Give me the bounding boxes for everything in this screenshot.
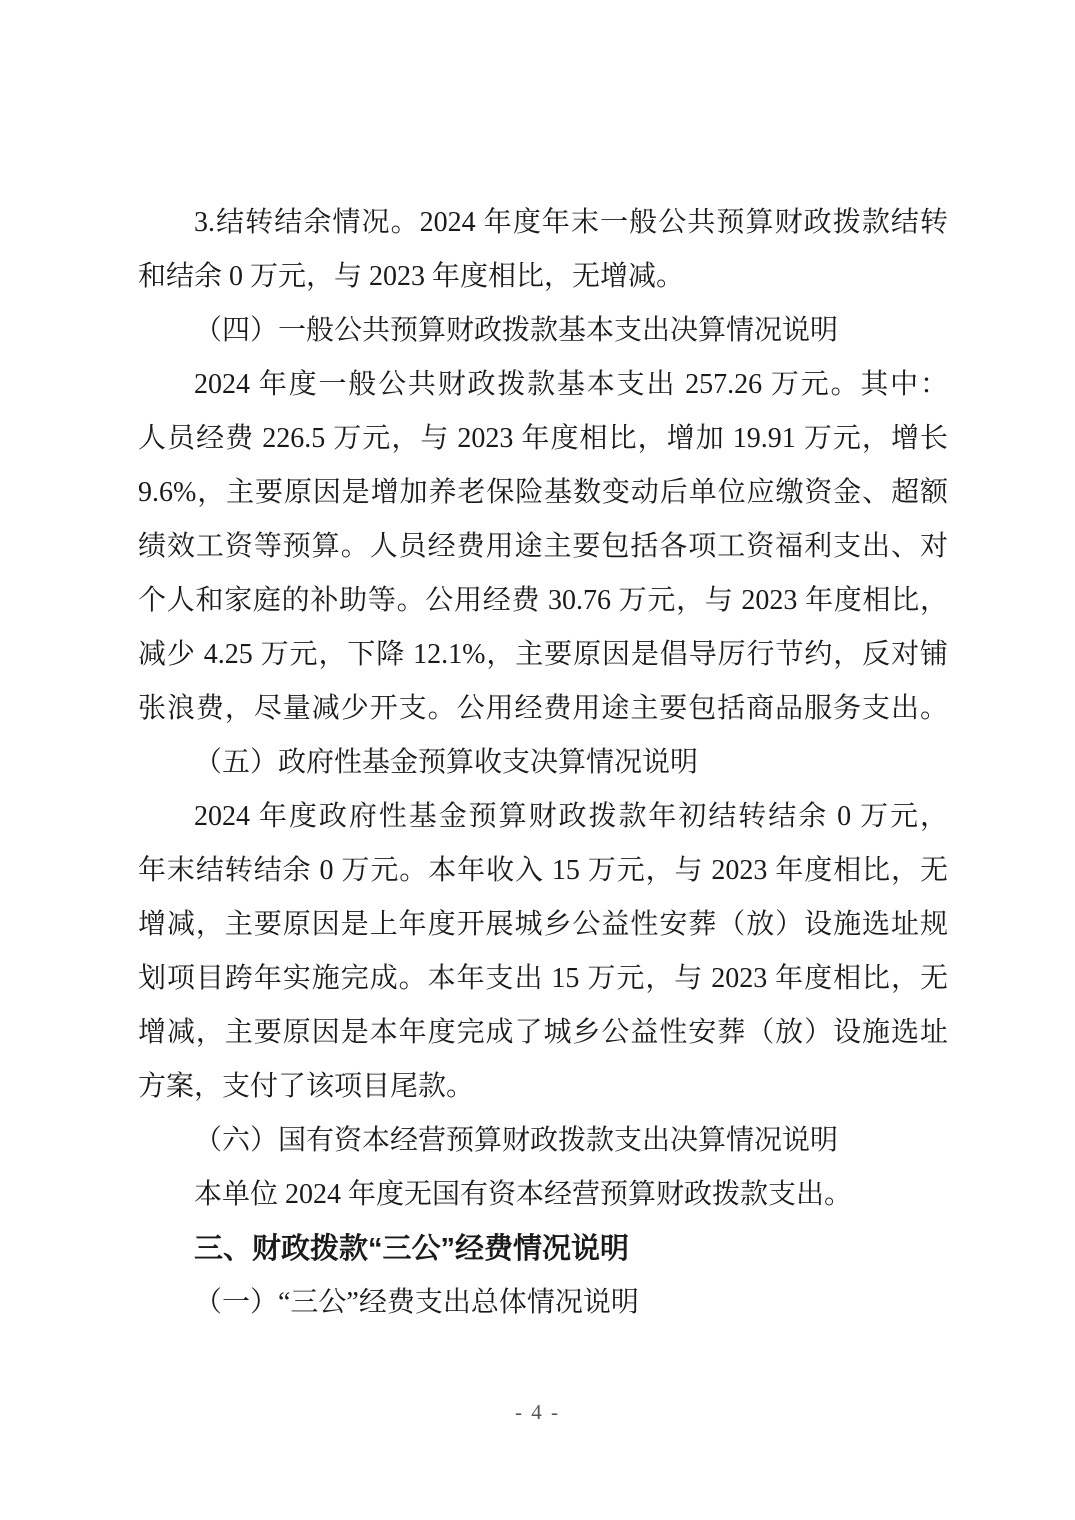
body-line: 9.6%，主要原因是增加养老保险基数变动后单位应缴资金、超额 — [138, 466, 948, 520]
body-line: 本单位 2024 年度无国有资本经营预算财政拨款支出。 — [138, 1168, 948, 1222]
heading-section-5: （五）政府性基金预算收支决算情况说明 — [138, 736, 948, 790]
body-line: 年末结转结余 0 万元。本年收入 15 万元，与 2023 年度相比，无 — [138, 844, 948, 898]
body-line: 人员经费 226.5 万元，与 2023 年度相比，增加 19.91 万元，增长 — [138, 412, 948, 466]
body-line: 张浪费，尽量减少开支。公用经费用途主要包括商品服务支出。 — [138, 682, 948, 736]
page-number: - 4 - — [0, 1400, 1075, 1425]
body-line: 方案，支付了该项目尾款。 — [138, 1060, 948, 1114]
body-line: 2024 年度政府性基金预算财政拨款年初结转结余 0 万元， — [138, 790, 948, 844]
body-line: 增减，主要原因是上年度开展城乡公益性安葬（放）设施选址规 — [138, 898, 948, 952]
heading-section-6: （六）国有资本经营预算财政拨款支出决算情况说明 — [138, 1114, 948, 1168]
heading-part-3: 三、财政拨款“三公”经费情况说明 — [138, 1222, 948, 1276]
body-line: 增减，主要原因是本年度完成了城乡公益性安葬（放）设施选址 — [138, 1006, 948, 1060]
body-line: 2024 年度一般公共财政拨款基本支出 257.26 万元。其中： — [138, 358, 948, 412]
body-line: 划项目跨年实施完成。本年支出 15 万元，与 2023 年度相比，无 — [138, 952, 948, 1006]
body-line: 绩效工资等预算。人员经费用途主要包括各项工资福利支出、对 — [138, 520, 948, 574]
body-line: 3.结转结余情况。2024 年度年末一般公共预算财政拨款结转 — [138, 196, 948, 250]
heading-subsection-1: （一）“三公”经费支出总体情况说明 — [138, 1276, 948, 1330]
body-line: 个人和家庭的补助等。公用经费 30.76 万元，与 2023 年度相比， — [138, 574, 948, 628]
document-body: 3.结转结余情况。2024 年度年末一般公共预算财政拨款结转 和结余 0 万元，… — [138, 196, 948, 1330]
body-line: 和结余 0 万元，与 2023 年度相比，无增减。 — [138, 250, 948, 304]
document-page: 3.结转结余情况。2024 年度年末一般公共预算财政拨款结转 和结余 0 万元，… — [0, 0, 1075, 1520]
heading-section-4: （四）一般公共预算财政拨款基本支出决算情况说明 — [138, 304, 948, 358]
body-line: 减少 4.25 万元，下降 12.1%，主要原因是倡导厉行节约，反对铺 — [138, 628, 948, 682]
